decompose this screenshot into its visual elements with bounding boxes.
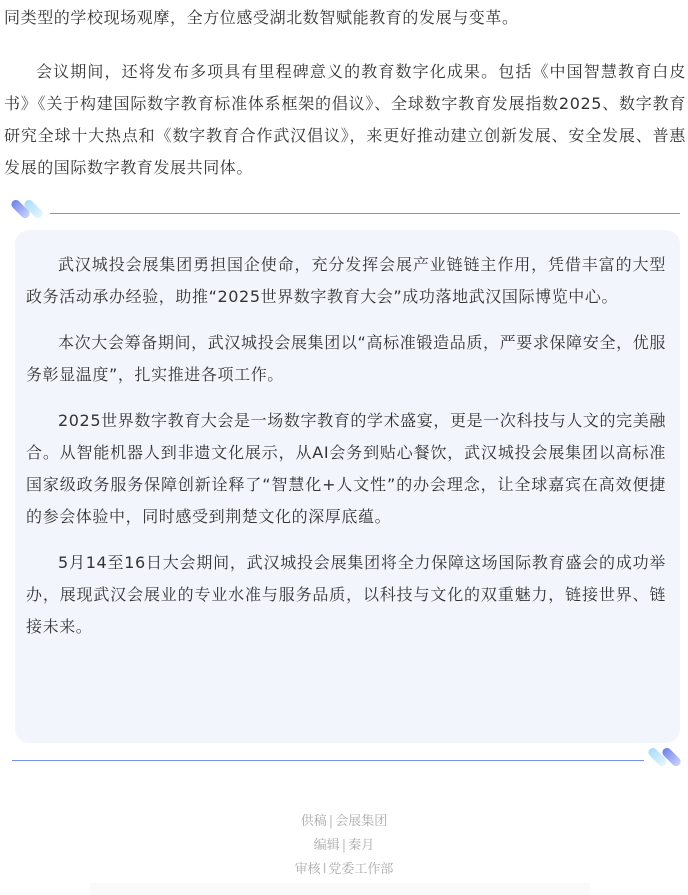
credit-value: 秦月 [348, 838, 374, 853]
credit-reviewer: 审核I党委工作部 [0, 858, 688, 882]
intro-paragraph: 会议期间，还将发布多项具有里程碑意义的教育数字化成果。包括《中国智慧教育白皮书》… [4, 56, 686, 184]
footer-strip [90, 883, 590, 895]
divider-line [12, 760, 644, 761]
credit-editor: 编辑|秦月 [0, 834, 688, 858]
highlight-paragraph: 5月14至16日大会期间，武汉城投会展集团将全力保障这场国际教育盛会的成功举办，… [26, 547, 666, 643]
article-credits: 供稿|会展集团 编辑|秦月 审核I党委工作部 [0, 810, 688, 882]
credit-label: 审核 [295, 862, 321, 877]
credit-separator: | [327, 814, 335, 829]
credit-value: 会展集团 [335, 814, 387, 829]
article-intro: 同类型的学校现场观摩，全方位感受湖北数智赋能教育的发展与变革。 会议期间，还将发… [4, 0, 686, 184]
credit-contributor: 供稿|会展集团 [0, 810, 688, 834]
highlight-paragraph: 2025世界数字教育大会是一场数字教育的学术盛宴，更是一次科技与人文的完美融合。… [26, 405, 666, 533]
highlight-box: 武汉城投会展集团勇担国企使命，充分发挥会展产业链链主作用，凭借丰富的大型政务活动… [15, 230, 680, 743]
intro-paragraph: 同类型的学校现场观摩，全方位感受湖北数智赋能教育的发展与变革。 [4, 2, 686, 34]
highlight-paragraph: 武汉城投会展集团勇担国企使命，充分发挥会展产业链链主作用，凭借丰富的大型政务活动… [26, 249, 666, 313]
divider-line [50, 213, 680, 214]
highlight-paragraph: 本次大会筹备期间，武汉城投会展集团以“高标准锻造品质，严要求保障安全，优服务彰显… [26, 327, 666, 391]
credit-separator: | [340, 838, 348, 853]
credit-value: 党委工作部 [328, 862, 393, 877]
credit-label: 供稿 [301, 814, 327, 829]
credit-label: 编辑 [314, 838, 340, 853]
section-divider-top [10, 200, 680, 222]
section-divider-bottom [10, 744, 686, 774]
